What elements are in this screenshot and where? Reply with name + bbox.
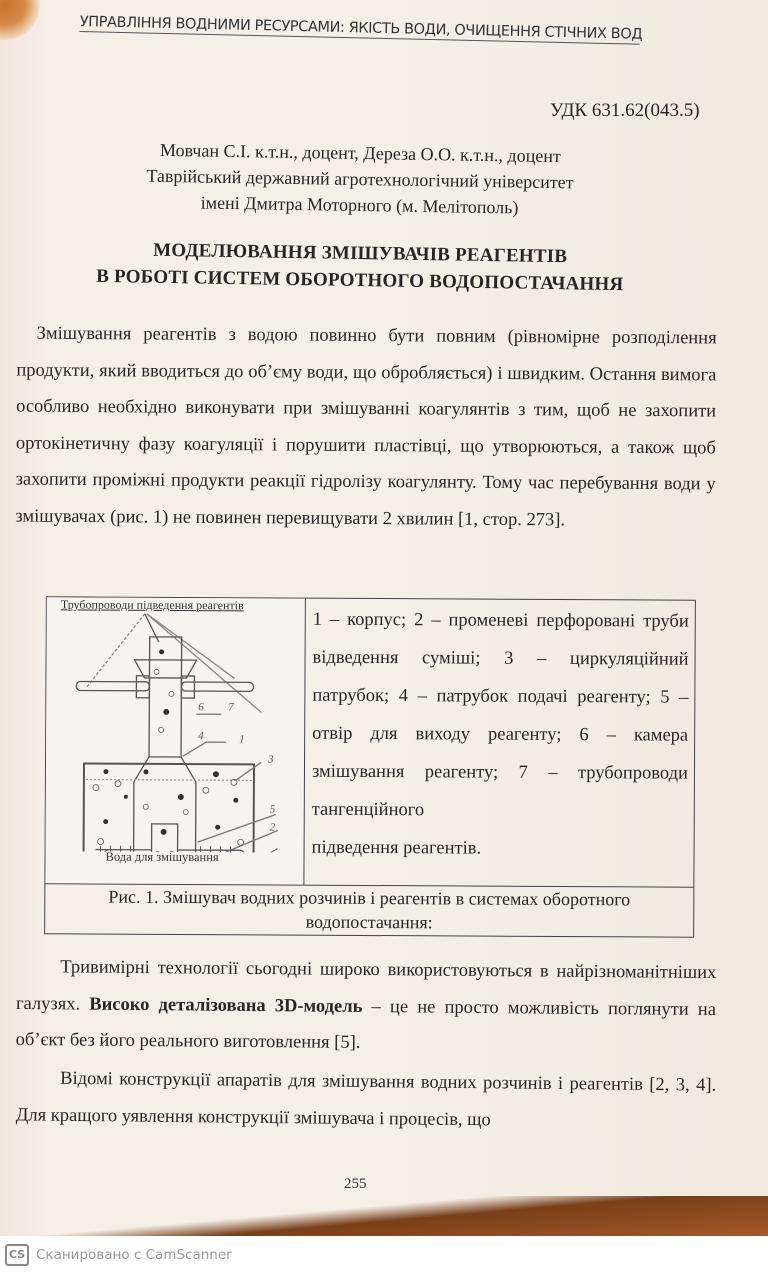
authors-block: Мовчан С.І. к.т.н., доцент, Дереза О.О. … <box>109 136 610 222</box>
running-header: УПРАВЛІННЯ ВОДНИМИ РЕСУРСАМИ: ЯКІСТЬ ВОД… <box>80 14 640 45</box>
part-label-2: 2 <box>270 821 276 833</box>
paragraph-1-text: Змішування реагентів з водою повинно бут… <box>15 324 716 530</box>
scanned-page: УПРАВЛІННЯ ВОДНИМИ РЕСУРСАМИ: ЯКІСТЬ ВОД… <box>0 0 768 1236</box>
part-label-5: 5 <box>270 803 276 815</box>
part-label-1: 1 <box>239 733 245 745</box>
part-label-4: 4 <box>198 730 204 742</box>
desk-edge <box>0 1196 768 1236</box>
part-label-6: 6 <box>198 701 204 713</box>
figure-caption: Рис. 1. Змішувач водних розчинів і реаге… <box>45 883 693 937</box>
figure-table: Трубопроводи підведення реагентів <box>44 596 696 937</box>
paragraph-1: Змішування реагентів з водою повинно бут… <box>15 316 717 540</box>
paragraph-2: Тривимірні технології сьогодні широко ви… <box>16 949 717 1065</box>
article-title: МОДЕЛЮВАННЯ ЗМІШУВАЧІВ РЕАГЕНТІВ В РОБОТ… <box>60 235 661 298</box>
camscanner-watermark: Сканировано с CamScanner <box>36 1247 232 1263</box>
legend-text: 1 – корпус; 2 – променеві перфоровані тр… <box>312 601 689 831</box>
mixer-diagram: Трубопроводи підведення реагентів <box>45 597 305 884</box>
page-corner-shadow <box>0 0 40 40</box>
camscanner-footer: CS Сканировано с CamScanner <box>0 1236 768 1276</box>
part-label-7: 7 <box>228 701 234 713</box>
page-number: 255 <box>344 1176 367 1193</box>
caption-line-1: Рис. 1. Змішувач водних розчинів і реаге… <box>45 884 693 911</box>
figure-legend: 1 – корпус; 2 – променеві перфоровані тр… <box>311 601 688 869</box>
caption-line-2: водопостачання: <box>45 908 693 935</box>
part-label-3: 3 <box>267 753 274 765</box>
udk-code: УДК 631.62(043.5) <box>550 100 700 122</box>
paragraph-3-text: Відомі конструкції апаратів для змішуван… <box>16 1069 717 1130</box>
paragraph-3: Відомі конструкції апаратів для змішуван… <box>16 1060 717 1140</box>
legend-text-end: підведення реагентів. <box>311 829 687 869</box>
paragraph-2-bold: Високо деталізована 3D-модель <box>89 994 362 1016</box>
camscanner-logo-icon: CS <box>5 1244 29 1266</box>
mixer-drawing: 6 7 4 1 3 5 2 <box>46 611 305 852</box>
diagram-bottom-label: Вода для змішування <box>105 850 218 866</box>
